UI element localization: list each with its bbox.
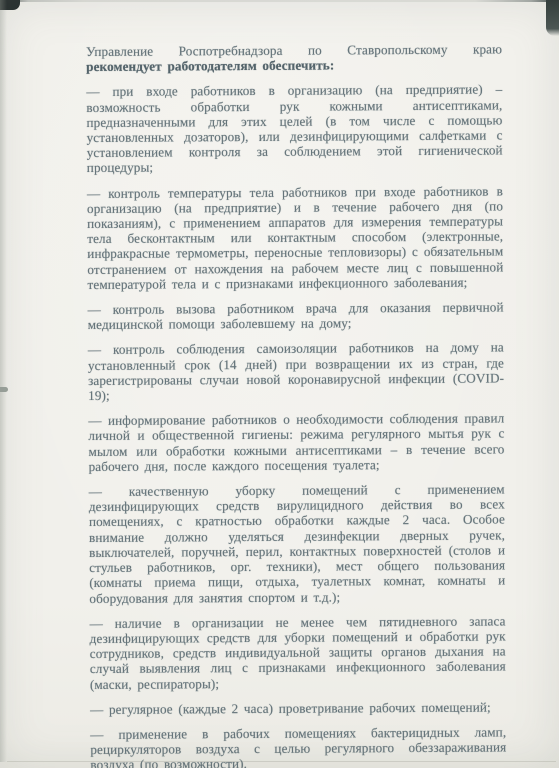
scanned-page: Управление Роспотребнадзора по Ставропол… [0, 0, 559, 768]
document-heading: Управление Роспотребнадзора по Ставропол… [86, 41, 502, 74]
heading-bold-text: рекомендует работодателям обеспечить: [86, 58, 334, 75]
scan-corner-top-right [546, 0, 559, 36]
paragraph-4: — контроль соблюдения самоизоляции работ… [88, 340, 504, 403]
paragraph-8: — регулярное (каждые 2 часа) проветриван… [90, 699, 506, 717]
paragraph-6: — качественную уборку помещений с примен… [89, 482, 506, 606]
paragraph-5: — информирование работников о необходимо… [88, 411, 504, 474]
scan-mark-left [0, 387, 8, 392]
heading-normal-text: Управление Роспотребнадзора по Ставропол… [86, 41, 502, 59]
paragraph-2: — контроль температуры тела работников п… [87, 183, 504, 292]
scan-edge-top [0, 0, 559, 2]
paragraph-1: — при входе работников в организацию (на… [86, 82, 503, 176]
scan-edge-left [0, 0, 7, 768]
paragraph-7: — наличие в организации не менее чем пят… [89, 613, 505, 692]
paragraph-9: — применение в рабочих помещениях бактер… [90, 724, 506, 768]
document-text: Управление Роспотребнадзора по Ставропол… [86, 41, 506, 768]
paragraph-3: — контроль вызова работником врача для о… [88, 300, 504, 333]
